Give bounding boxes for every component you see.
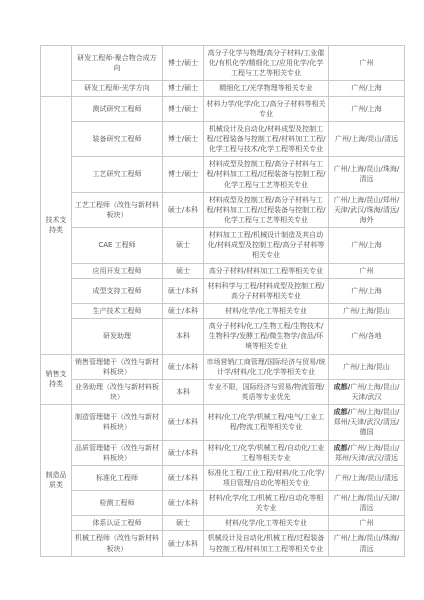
major-cell: 高分子材料/化工/生物工程/生物技术/生物科学/发酵工程/微生物学/食品/环境等…	[204, 319, 329, 354]
table-row: 生产技术工程师 硕士/本科 材料/化学/化工等相关专业 广州/上海/昆山	[41, 303, 405, 318]
location-text: 广州	[360, 59, 374, 67]
position-cell: 装备研究工程师	[72, 121, 163, 156]
degree-cell: 硕士/本科	[163, 531, 204, 556]
position-cell: 应用开发工程师	[72, 263, 163, 278]
degree-cell: 本科	[163, 379, 204, 404]
degree-cell: 博士/硕士	[163, 81, 204, 96]
position-cell: 生产技术工程师	[72, 303, 163, 318]
location-cell: 广州/上海/昆山/天津/清远	[329, 491, 405, 516]
position-cell: CAE 工程师	[72, 228, 163, 263]
category-cell	[41, 46, 72, 97]
category-cell: 销售支持类	[41, 354, 72, 405]
degree-cell: 硕士	[163, 516, 204, 531]
location-text: 广州/上海/昆山	[343, 363, 390, 371]
major-cell: 高分子化学与物理/高分子材料/工业催化/有机化学/精细化工/应用化学/化学工程与…	[204, 46, 329, 81]
location-text: 广州/上海/昆山/清远	[335, 474, 398, 482]
degree-cell: 博士/硕士	[163, 46, 204, 81]
location-cell: 广州/上海/昆山/清远	[329, 121, 405, 156]
degree-cell: 硕士	[163, 263, 204, 278]
location-text: 广州/上海/昆山/天津/武汉	[350, 383, 399, 401]
major-cell: 材料加工工程/机械设计制造及其自动化/材料成型及控制工程/高分子材料等相关专业	[204, 228, 329, 263]
major-cell: 材料/化工/化学/机械工程/电气/工业工程/物流工程等相关专业	[204, 405, 329, 440]
location-cell: 成都/广州/上海/昆山/郑州/天津/武汉/清远	[329, 440, 405, 465]
location-text: 广州	[360, 267, 374, 275]
degree-cell: 硕士/本科	[163, 440, 204, 465]
major-cell: 材料成型及控制工程/高分子材料与工程/材料加工工程/过程装备与控制工程/化学工程…	[204, 192, 329, 227]
table-row: 成型支持工程师 硕士/本科 材料科学与工程/材料成型及控制工程/高分子材料等相关…	[41, 278, 405, 303]
location-text: 广州/上海	[351, 105, 381, 113]
position-cell: 销售管理储干（改性与新材料板块）	[72, 354, 163, 379]
degree-cell: 硕士/本科	[163, 405, 204, 440]
table-row: 应用开发工程师 硕士 高分子材料/材料加工工程等相关专业 广州	[41, 263, 405, 278]
position-cell: 工艺工程师（改性与新材料板块）	[72, 192, 163, 227]
location-cell: 成都/广州/上海/昆山/天津/武汉	[329, 379, 405, 404]
table-row: 研发助理 本科 高分子材料/化工/生物工程/生物技术/生物科学/发酵工程/微生物…	[41, 319, 405, 354]
table-row: 销售支持类 销售管理储干（改性与新材料板块） 硕士/本科 市场营销/工商管理/国…	[41, 354, 405, 379]
degree-cell: 硕士	[163, 228, 204, 263]
table-row: 工艺研究工程师 博士/硕士 材料成型及控制工程/高分子材料与工程/材料加工工程/…	[41, 157, 405, 192]
table-row: CAE 工程师 硕士 材料加工工程/机械设计制造及其自动化/材料成型及控制工程/…	[41, 228, 405, 263]
degree-cell: 硕士/本科	[163, 303, 204, 318]
position-cell: 研发工程师-光学方向	[72, 81, 163, 96]
table-row: 工艺工程师（改性与新材料板块） 硕士/本科 材料成型及控制工程/高分子材料与工程…	[41, 192, 405, 227]
position-cell: 机械工程师（改性与新材料板块）	[72, 531, 163, 556]
major-cell: 机械设计及自动化/材料成型及控制工程/过程装备与控制工程/材料加工工程/化学工程…	[204, 121, 329, 156]
major-cell: 标准化工程/工业工程/材料/化工/化学/项目管理/自动化等相关专业	[204, 465, 329, 490]
major-cell: 材料科学与工程/材料成型及控制工程/高分子材料等相关专业	[204, 278, 329, 303]
table-row: 机械工程师（改性与新材料板块） 硕士/本科 机械设计及自动化/机械工程/过程装备…	[41, 531, 405, 556]
position-cell: 标准化工程师	[72, 465, 163, 490]
location-text: 广州/上海/昆山/清远	[335, 135, 398, 143]
table-row: 标准化工程师 硕士/本科 标准化工程/工业工程/材料/化工/化学/项目管理/自动…	[41, 465, 405, 490]
location-cell: 广州	[329, 516, 405, 531]
major-cell: 材料/化学/化工/机械工程/自动化等相关专业	[204, 491, 329, 516]
category-cell: 技术支持类	[41, 96, 72, 354]
location-cell: 广州/上海	[329, 81, 405, 96]
degree-cell: 博士/硕士	[163, 157, 204, 192]
position-cell: 测试研究工程师	[72, 96, 163, 121]
table-row: 业务助理（改性与新材料板块） 本科 专业不限，国际经济与贸易/物流管理/英语等专…	[41, 379, 405, 404]
location-cell: 广州/上海/昆山/珠海/清远	[329, 157, 405, 192]
location-cell: 广州/上海	[329, 96, 405, 121]
table-row: 研发工程师-聚合物合成方向 博士/硕士 高分子化学与物理/高分子材料/工业催化/…	[41, 46, 405, 81]
location-text: 广州/上海	[351, 241, 381, 249]
table-row: 装备研究工程师 博士/硕士 机械设计及自动化/材料成型及控制工程/过程装备与控制…	[41, 121, 405, 156]
bold-city: 成都/	[334, 383, 351, 391]
table-row: 制造品质类 制造管理储干（改性与新材料板块） 硕士/本科 材料/化工/化学/机械…	[41, 405, 405, 440]
degree-cell: 硕士/本科	[163, 192, 204, 227]
location-cell: 广州/上海/昆山	[329, 303, 405, 318]
recruitment-table: 研发工程师-聚合物合成方向 博士/硕士 高分子化学与物理/高分子材料/工业催化/…	[40, 45, 405, 557]
position-cell: 品质管理储干（改性与新材料板块）	[72, 440, 163, 465]
major-cell: 材料力学/化学/化工/高分子材料等相关专业	[204, 96, 329, 121]
major-cell: 材料/化学/化工等相关专业	[204, 516, 329, 531]
position-cell: 研发工程师-聚合物合成方向	[72, 46, 163, 81]
location-cell: 广州/上海	[329, 228, 405, 263]
degree-cell: 博士/硕士	[163, 96, 204, 121]
location-text: 广州/上海/昆山/珠海/清远	[334, 534, 399, 552]
location-text: 广州/上海/昆山/天津/清远	[334, 494, 399, 512]
location-text: 广州	[360, 519, 374, 527]
major-cell: 精细化工/光学物理等相关专业	[204, 81, 329, 96]
location-cell: 广州/上海/昆山	[329, 354, 405, 379]
location-cell: 广州	[329, 263, 405, 278]
location-cell: 广州/上海/昆山/珠海/清远	[329, 531, 405, 556]
major-cell: 材料成型及控制工程/高分子材料与工程/材料加工工程/过程装备与控制工程/化学工程…	[204, 157, 329, 192]
location-cell: 成都/广州/上海/昆山/郑州/天津/武汉/清远/德国	[329, 405, 405, 440]
location-text: 广州/上海	[351, 287, 381, 295]
table-row: 品质管理储干（改性与新材料板块） 硕士/本科 材料/化工/化学/机械工程/自动化…	[41, 440, 405, 465]
document-page: 研发工程师-聚合物合成方向 博士/硕士 高分子化学与物理/高分子材料/工业催化/…	[40, 45, 385, 557]
degree-cell: 硕士/本科	[163, 491, 204, 516]
major-cell: 材料/化工/化学/机械工程/自动化/工业工程等相关专业	[204, 440, 329, 465]
degree-cell: 本科	[163, 319, 204, 354]
table-row: 研发工程师-光学方向 博士/硕士 精细化工/光学物理等相关专业 广州/上海	[41, 81, 405, 96]
table-row: 检测工程师 硕士/本科 材料/化学/化工/机械工程/自动化等相关专业 广州/上海…	[41, 491, 405, 516]
category-cell: 制造品质类	[41, 405, 72, 557]
position-cell: 制造管理储干（改性与新材料板块）	[72, 405, 163, 440]
degree-cell: 硕士/本科	[163, 354, 204, 379]
location-cell: 广州/上海/昆山/清远	[329, 465, 405, 490]
position-cell: 业务助理（改性与新材料板块）	[72, 379, 163, 404]
degree-cell: 博士/硕士	[163, 121, 204, 156]
location-text: 广州/上海/昆山/郑州/天津/武汉/珠海/清远/海外	[334, 196, 399, 224]
location-text: 广州/上海	[351, 84, 381, 92]
location-text: 广州/上海/昆山/珠海/清远	[334, 165, 399, 183]
position-cell: 研发助理	[72, 319, 163, 354]
major-cell: 材料/化学/化工等相关专业	[204, 303, 329, 318]
location-cell: 广州/各地	[329, 319, 405, 354]
table-row: 体系认证工程师 硕士 材料/化学/化工等相关专业 广州	[41, 516, 405, 531]
location-cell: 广州/上海/昆山/郑州/天津/武汉/珠海/清远/海外	[329, 192, 405, 227]
location-cell: 广州/上海	[329, 278, 405, 303]
major-cell: 市场营销/工商管理/国际经济与贸易/统计学/材料/化工/化学等相关专业	[204, 354, 329, 379]
location-text: 广州/上海/昆山	[343, 307, 390, 315]
table-row: 技术支持类 测试研究工程师 博士/硕士 材料力学/化学/化工/高分子材料等相关专…	[41, 96, 405, 121]
location-text: 广州/各地	[351, 332, 381, 340]
degree-cell: 硕士/本科	[163, 465, 204, 490]
major-cell: 专业不限，国际经济与贸易/物流管理/英语等专业优先	[204, 379, 329, 404]
degree-cell: 硕士/本科	[163, 278, 204, 303]
bold-city: 成都/	[334, 444, 351, 452]
position-cell: 检测工程师	[72, 491, 163, 516]
major-cell: 机械设计及自动化/机械工程/过程装备与控制工程/材料加工工程等相关专业	[204, 531, 329, 556]
position-cell: 工艺研究工程师	[72, 157, 163, 192]
major-cell: 高分子材料/材料加工工程等相关专业	[204, 263, 329, 278]
location-cell: 广州	[329, 46, 405, 81]
position-cell: 体系认证工程师	[72, 516, 163, 531]
position-cell: 成型支持工程师	[72, 278, 163, 303]
bold-city: 成都/	[334, 408, 351, 416]
